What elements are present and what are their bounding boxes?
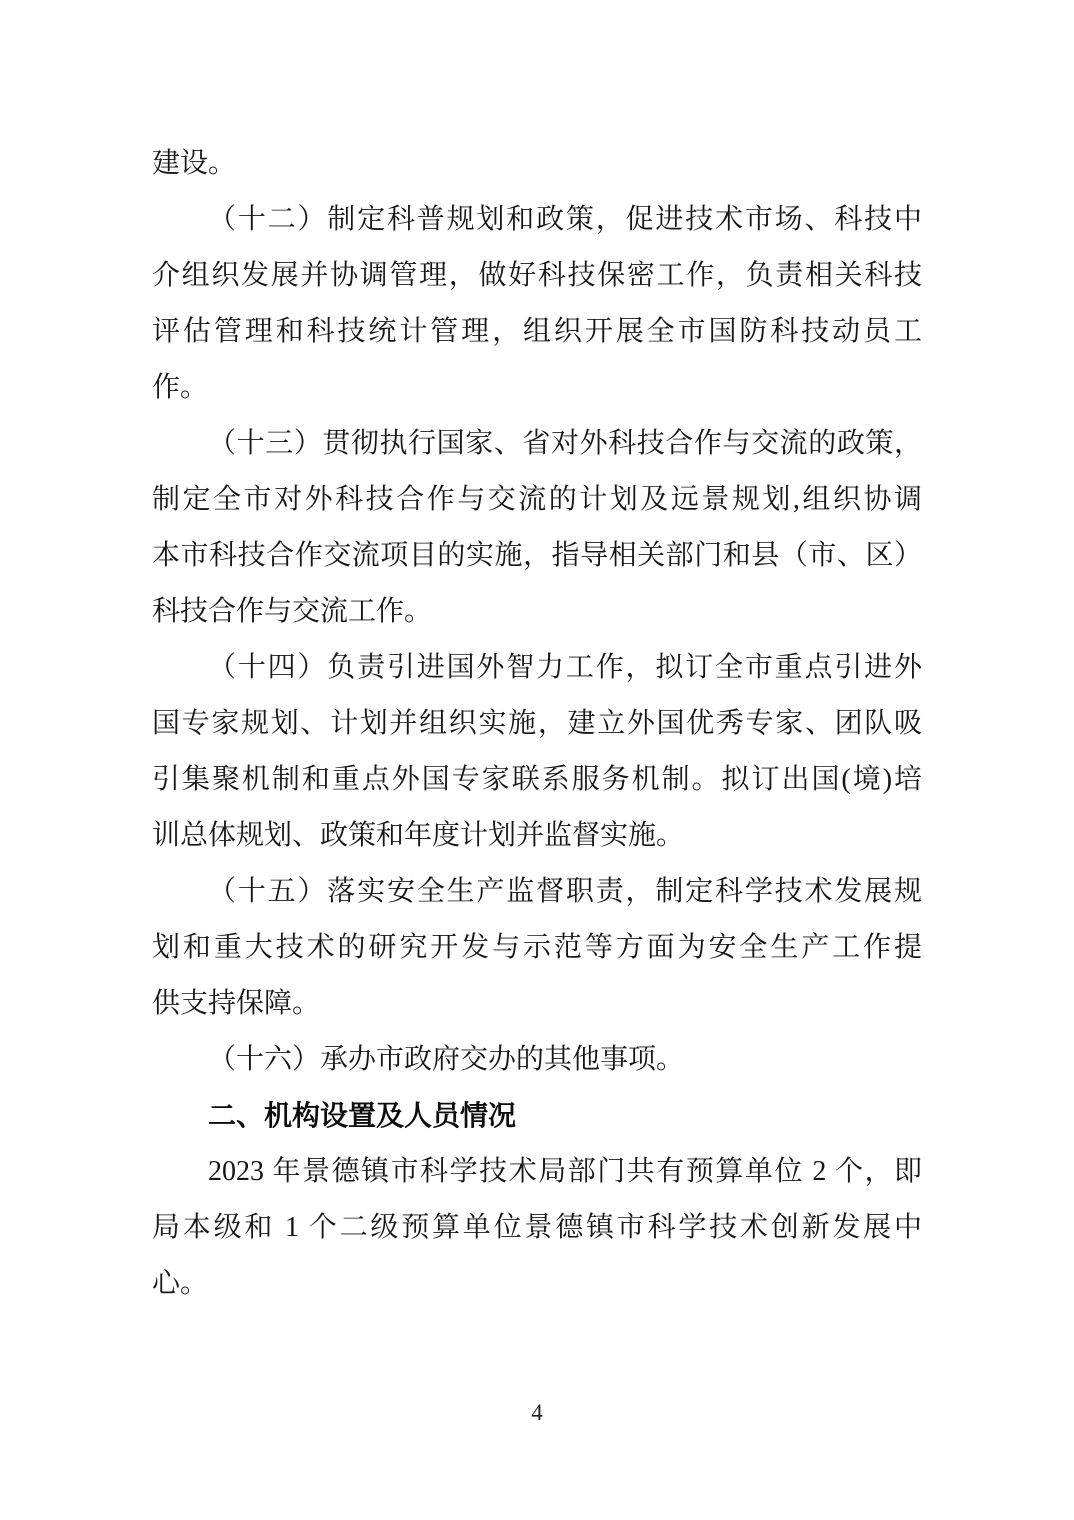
paragraph: 2023 年景德镇市科学技术局部门共有预算单位 2 个，即 局本级和 1 个二级… bbox=[152, 1144, 922, 1312]
paragraph: （十二）制定科普规划和政策，促进技术市场、科技中 介组织发展并协调管理，做好科技… bbox=[152, 192, 922, 416]
text-line: 科技合作与交流工作。 bbox=[152, 584, 922, 640]
text-line: 国专家规划、计划并组织实施，建立外国优秀专家、团队吸 bbox=[152, 696, 922, 752]
text-line: 制定全市对外科技合作与交流的计划及远景规划,组织协调 bbox=[152, 472, 922, 528]
text-line: （十二）制定科普规划和政策，促进技术市场、科技中 bbox=[152, 192, 922, 248]
paragraph: （十四）负责引进国外智力工作，拟订全市重点引进外 国专家规划、计划并组织实施，建… bbox=[152, 640, 922, 864]
page-number: 4 bbox=[0, 1398, 1074, 1428]
text-line: 划和重大技术的研究开发与示范等方面为安全生产工作提 bbox=[152, 920, 922, 976]
text-line: 训总体规划、政策和年度计划并监督实施。 bbox=[152, 808, 922, 864]
text-line: 心。 bbox=[152, 1256, 922, 1312]
document-body: 建设。 （十二）制定科普规划和政策，促进技术市场、科技中 介组织发展并协调管理，… bbox=[152, 136, 922, 1312]
text-line: （十五）落实安全生产监督职责，制定科学技术发展规 bbox=[152, 864, 922, 920]
text-line: （十六）承办市政府交办的其他事项。 bbox=[152, 1032, 922, 1088]
text-line: 评估管理和科技统计管理，组织开展全市国防科技动员工 bbox=[152, 304, 922, 360]
document-page: 建设。 （十二）制定科普规划和政策，促进技术市场、科技中 介组织发展并协调管理，… bbox=[0, 0, 1074, 1520]
paragraph: （十三）贯彻执行国家、省对外科技合作与交流的政策， 制定全市对外科技合作与交流的… bbox=[152, 416, 922, 640]
text-line: 介组织发展并协调管理，做好科技保密工作，负责相关科技 bbox=[152, 248, 922, 304]
text-line: 建设。 bbox=[152, 136, 922, 192]
text-line: 局本级和 1 个二级预算单位景德镇市科学技术创新发展中 bbox=[152, 1200, 922, 1256]
text-line: 供支持保障。 bbox=[152, 976, 922, 1032]
text-line: 引集聚机制和重点外国专家联系服务机制。拟订出国(境)培 bbox=[152, 752, 922, 808]
text-line: 2023 年景德镇市科学技术局部门共有预算单位 2 个，即 bbox=[152, 1144, 922, 1200]
text-line: 作。 bbox=[152, 360, 922, 416]
section-heading-text: 二、机构设置及人员情况 bbox=[152, 1088, 922, 1144]
paragraph: （十五）落实安全生产监督职责，制定科学技术发展规 划和重大技术的研究开发与示范等… bbox=[152, 864, 922, 1032]
paragraph: （十六）承办市政府交办的其他事项。 bbox=[152, 1032, 922, 1088]
paragraph: 建设。 bbox=[152, 136, 922, 192]
text-line: （十三）贯彻执行国家、省对外科技合作与交流的政策， bbox=[152, 416, 922, 472]
text-line: （十四）负责引进国外智力工作，拟订全市重点引进外 bbox=[152, 640, 922, 696]
text-line: 本市科技合作交流项目的实施，指导相关部门和县（市、区） bbox=[152, 528, 922, 584]
section-heading: 二、机构设置及人员情况 bbox=[152, 1088, 922, 1144]
